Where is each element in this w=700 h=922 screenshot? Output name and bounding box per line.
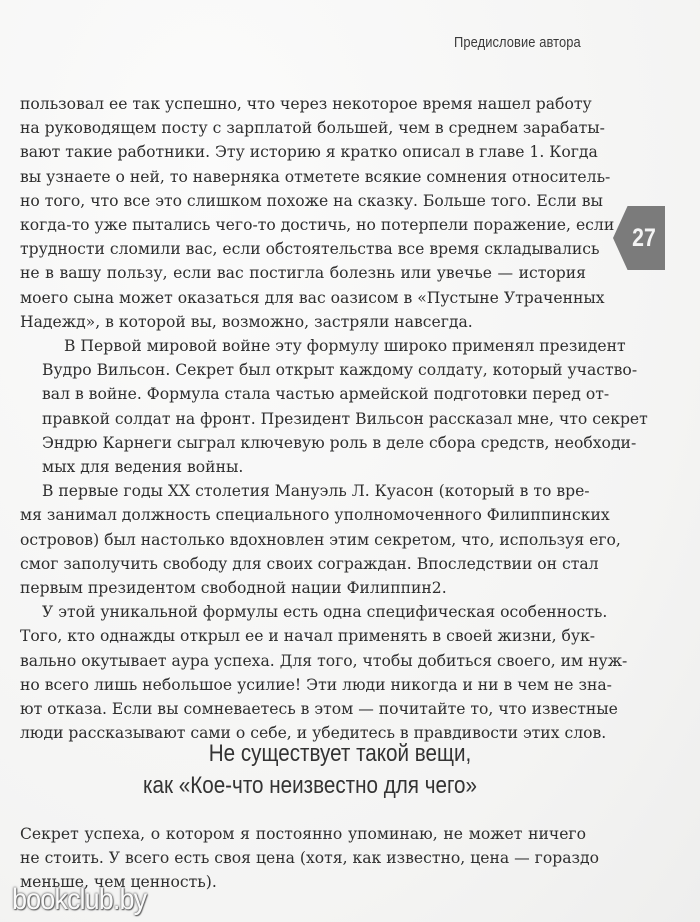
text-line: не стоить. У всего есть своя цена (хотя,… [20,846,586,870]
running-head: Предисловие автора [454,34,581,51]
text-line: Вудро Вильсон. Секрет был открыт каждому… [20,358,586,382]
text-line: В Первой мировой войне эту формулу широк… [20,334,586,358]
text-line: правкой солдат на фронт. Президент Вильс… [20,407,586,431]
text-line: Секрет успеха, о котором я постоянно упо… [20,822,586,846]
text-line: У этой уникальной формулы есть одна спец… [20,600,586,624]
body-text: пользовал ее так успешно, что через неко… [20,92,586,745]
paragraph-2: В Первой мировой войне эту формулу широк… [20,334,586,479]
page-number: 27 [627,216,661,260]
text-line: мя занимал должность специального уполно… [20,503,586,527]
section-heading: Не существует такой вещи, как «Кое-что н… [0,738,700,802]
watermark-logo: bookclub.by [12,883,146,917]
text-line: первым президентом свободной нации Филип… [20,576,586,600]
section-heading-line-1: Не существует такой вещи, [30,738,649,770]
text-line: трудности сломили вас, если обстоятельст… [20,237,586,261]
paragraph-1: пользовал ее так успешно, что через неко… [20,92,586,334]
text-line: мых для ведения войны. [20,455,586,479]
text-line: Надежд», в которой вы, возможно, застрял… [20,310,586,334]
text-line: Эндрю Карнеги сыграл ключевую роль в дел… [20,431,586,455]
text-line: вал в войне. Формула стала частью армейс… [20,382,586,406]
text-line: пользовал ее так успешно, что через неко… [20,92,586,116]
text-line: на руководящем посту с зарплатой большей… [20,116,586,140]
text-line: вально окутывает аура успеха. Для того, … [20,649,586,673]
text-line: когда-то уже пытались чего-то достичь, н… [20,213,586,237]
paragraph-4: У этой уникальной формулы есть одна спец… [20,600,586,745]
text-line: но того, что все это слишком похоже на с… [20,189,586,213]
text-line: смог заполучить свободу для своих сограж… [20,552,586,576]
text-line: моего сына может оказаться для вас оазис… [20,286,586,310]
text-line: вы узнаете о ней, то наверняка отметете … [20,165,586,189]
text-line: не в вашу пользу, если вас постигла боле… [20,261,586,285]
paragraph-3: В первые годы XX столетия Мануэль Л. Куа… [20,479,586,600]
text-line: вают такие работники. Эту историю я крат… [20,140,586,164]
text-line: но всего лишь небольшое усилие! Эти люди… [20,673,586,697]
section-heading-line-2: как «Кое-что неизвестно для чего» [0,770,645,802]
text-line: островов) был настолько вдохновлен этим … [20,528,586,552]
text-line: В первые годы XX столетия Мануэль Л. Куа… [20,479,586,503]
text-line: ют отказа. Если вы сомневаетесь в этом —… [20,697,586,721]
text-line: Того, кто однажды открыл ее и начал прим… [20,624,586,648]
